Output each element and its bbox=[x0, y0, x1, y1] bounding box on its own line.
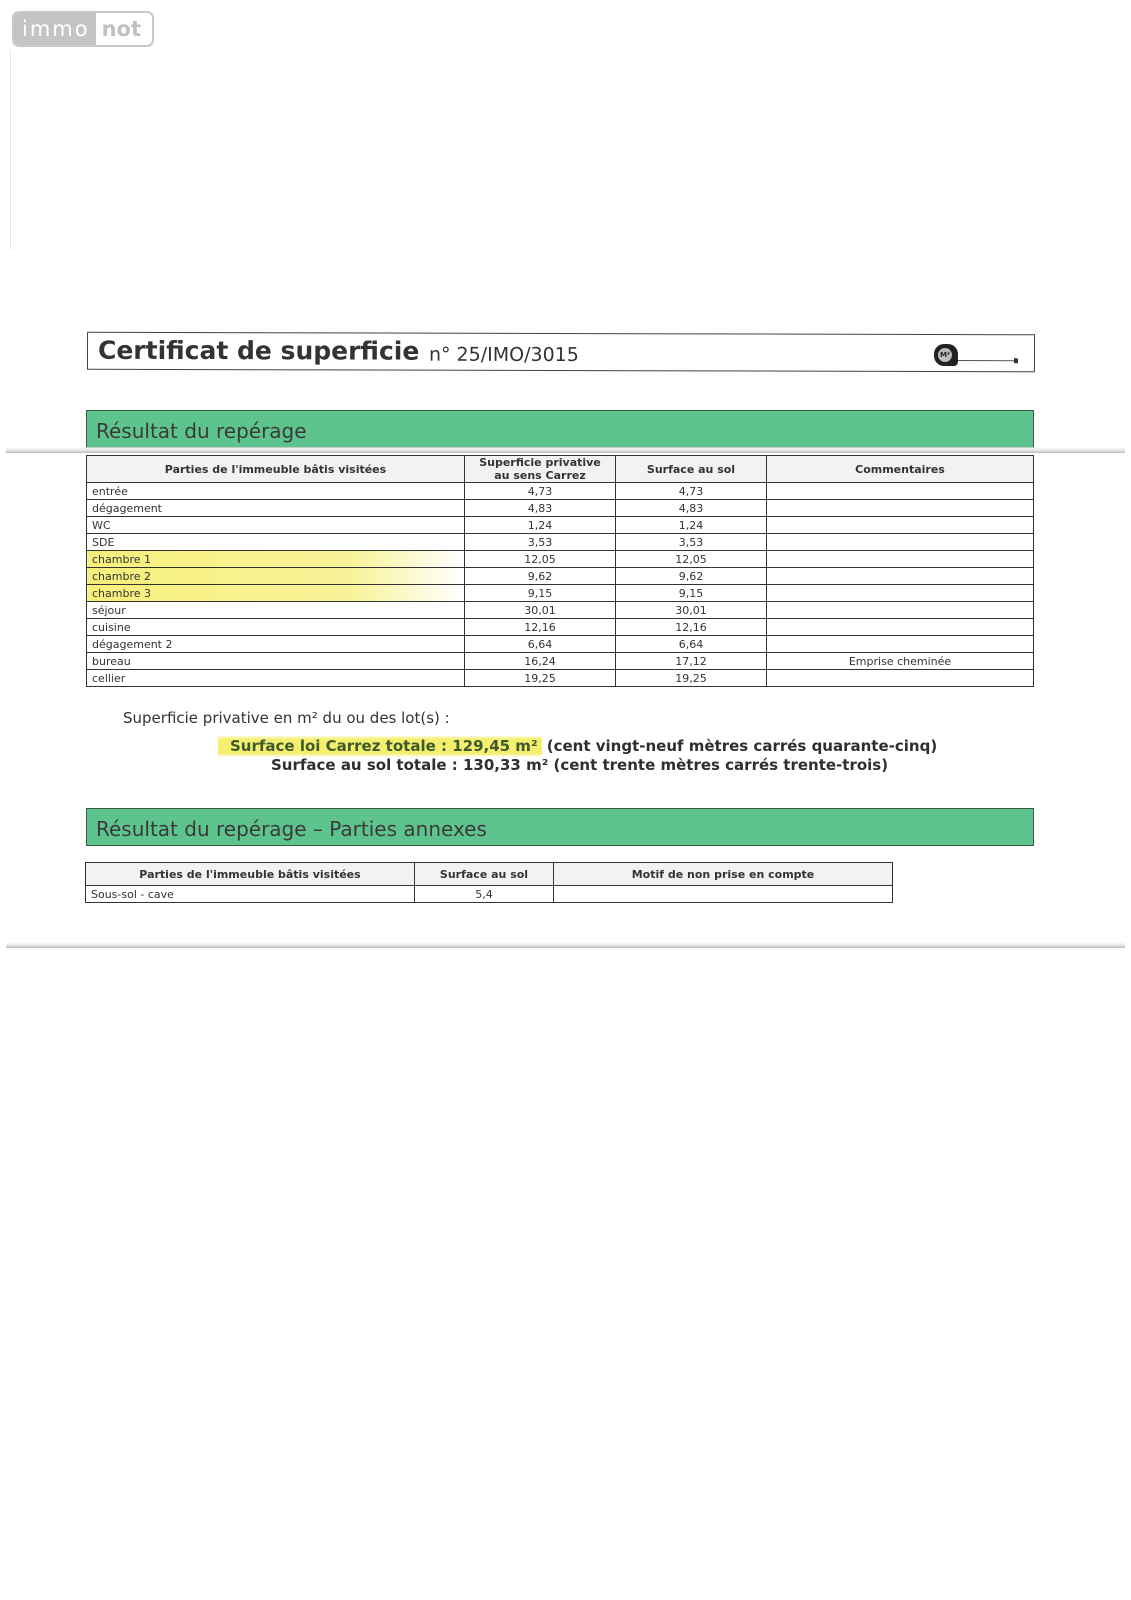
cell-part: dégagement 2 bbox=[87, 636, 465, 653]
cell-comment bbox=[767, 602, 1034, 619]
cell-sol: 3,53 bbox=[616, 534, 767, 551]
carrez-total: Surface loi Carrez totale : 129,45 m² bbox=[218, 735, 542, 757]
cell-part: chambre 1 bbox=[87, 551, 465, 568]
cell-sol: 19,25 bbox=[616, 670, 767, 687]
col-sol: Surface au sol bbox=[616, 456, 767, 483]
cell-carrez: 30,01 bbox=[465, 602, 616, 619]
annex-col-parts: Parties de l'immeuble bâtis visitées bbox=[86, 863, 415, 886]
cell-carrez: 3,53 bbox=[465, 534, 616, 551]
cell-carrez: 19,25 bbox=[465, 670, 616, 687]
table-row: chambre 29,629,62 bbox=[87, 568, 1034, 585]
annex-cell-part: Sous-sol - cave bbox=[86, 886, 415, 903]
cell-part: entrée bbox=[87, 483, 465, 500]
cell-part: WC bbox=[87, 517, 465, 534]
table-row: WC1,241,24 bbox=[87, 517, 1034, 534]
surface-table: Parties de l'immeuble bâtis visitées Sup… bbox=[86, 455, 1034, 687]
cell-carrez: 4,83 bbox=[465, 500, 616, 517]
cell-carrez: 12,16 bbox=[465, 619, 616, 636]
carrez-total-line: Surface loi Carrez totale : 129,45 m² (c… bbox=[230, 737, 937, 755]
cell-comment bbox=[767, 483, 1034, 500]
certificate-number: n° 25/IMO/3015 bbox=[429, 344, 579, 366]
cell-sol: 9,15 bbox=[616, 585, 767, 602]
table-row: chambre 39,159,15 bbox=[87, 585, 1034, 602]
col-carrez: Superficie privative au sens Carrez bbox=[465, 456, 616, 483]
cell-sol: 6,64 bbox=[616, 636, 767, 653]
immonot-watermark: immo not bbox=[12, 11, 154, 47]
annex-cell-sol: 5,4 bbox=[415, 886, 554, 903]
section-annexes-title: Résultat du repérage – Parties annexes bbox=[96, 817, 487, 841]
annex-col-motif: Motif de non prise en compte bbox=[554, 863, 893, 886]
cell-sol: 4,73 bbox=[616, 483, 767, 500]
cell-comment bbox=[767, 619, 1034, 636]
cell-comment bbox=[767, 670, 1034, 687]
cell-carrez: 9,62 bbox=[465, 568, 616, 585]
section-annexes-header: Résultat du repérage – Parties annexes bbox=[86, 808, 1034, 846]
cell-carrez: 12,05 bbox=[465, 551, 616, 568]
cell-comment bbox=[767, 551, 1034, 568]
cell-carrez: 4,73 bbox=[465, 483, 616, 500]
table-row: chambre 112,0512,05 bbox=[87, 551, 1034, 568]
cell-part: bureau bbox=[87, 653, 465, 670]
cell-sol: 4,83 bbox=[616, 500, 767, 517]
scan-fold-line bbox=[6, 447, 1125, 453]
cell-carrez: 6,64 bbox=[465, 636, 616, 653]
section-result-header: Résultat du repérage bbox=[86, 410, 1034, 448]
col-comments: Commentaires bbox=[767, 456, 1034, 483]
cell-sol: 1,24 bbox=[616, 517, 767, 534]
table-row: cuisine12,1612,16 bbox=[87, 619, 1034, 636]
tape-measure-icon: M² bbox=[934, 344, 1022, 366]
cell-part: chambre 3 bbox=[87, 585, 465, 602]
cell-comment bbox=[767, 636, 1034, 653]
certificate-header: Certificat de superficie n° 25/IMO/3015 … bbox=[87, 332, 1035, 372]
table-row: dégagement 26,646,64 bbox=[87, 636, 1034, 653]
cell-sol: 9,62 bbox=[616, 568, 767, 585]
col-parts: Parties de l'immeuble bâtis visitées bbox=[87, 456, 465, 483]
cell-comment: Emprise cheminée bbox=[767, 653, 1034, 670]
cell-carrez: 1,24 bbox=[465, 517, 616, 534]
cell-part: chambre 2 bbox=[87, 568, 465, 585]
annex-cell-motif bbox=[554, 886, 893, 903]
table-row: bureau16,2417,12Emprise cheminée bbox=[87, 653, 1034, 670]
table-row: SDE3,533,53 bbox=[87, 534, 1034, 551]
table-row: dégagement4,834,83 bbox=[87, 500, 1034, 517]
table-row: séjour30,0130,01 bbox=[87, 602, 1034, 619]
annexes-table: Parties de l'immeuble bâtis visitées Sur… bbox=[85, 862, 893, 903]
tape-measure-label: M² bbox=[938, 348, 952, 362]
sol-total: Surface au sol totale : 130,33 m² (cent … bbox=[271, 756, 888, 774]
cell-comment bbox=[767, 534, 1034, 551]
cell-sol: 30,01 bbox=[616, 602, 767, 619]
cell-carrez: 9,15 bbox=[465, 585, 616, 602]
section-result-title: Résultat du repérage bbox=[96, 419, 307, 443]
cell-comment bbox=[767, 585, 1034, 602]
scan-edge bbox=[10, 50, 11, 250]
cell-comment bbox=[767, 517, 1034, 534]
table-row: entrée4,734,73 bbox=[87, 483, 1034, 500]
cell-comment bbox=[767, 568, 1034, 585]
scan-fold-line-bottom bbox=[6, 942, 1125, 948]
watermark-right: not bbox=[96, 13, 147, 45]
annex-row: Sous-sol - cave5,4 bbox=[86, 886, 893, 903]
cell-part: dégagement bbox=[87, 500, 465, 517]
table-row: cellier19,2519,25 bbox=[87, 670, 1034, 687]
cell-sol: 12,16 bbox=[616, 619, 767, 636]
carrez-total-words: (cent vingt-neuf mètres carrés quarante-… bbox=[542, 737, 938, 755]
certificate-title: Certificat de superficie bbox=[98, 336, 419, 366]
cell-sol: 12,05 bbox=[616, 551, 767, 568]
cell-part: séjour bbox=[87, 602, 465, 619]
cell-part: cellier bbox=[87, 670, 465, 687]
cell-part: SDE bbox=[87, 534, 465, 551]
cell-part: cuisine bbox=[87, 619, 465, 636]
summary-label: Superficie privative en m² du ou des lot… bbox=[123, 709, 450, 727]
annex-col-sol: Surface au sol bbox=[415, 863, 554, 886]
cell-comment bbox=[767, 500, 1034, 517]
watermark-left: immo bbox=[14, 13, 96, 45]
cell-carrez: 16,24 bbox=[465, 653, 616, 670]
cell-sol: 17,12 bbox=[616, 653, 767, 670]
